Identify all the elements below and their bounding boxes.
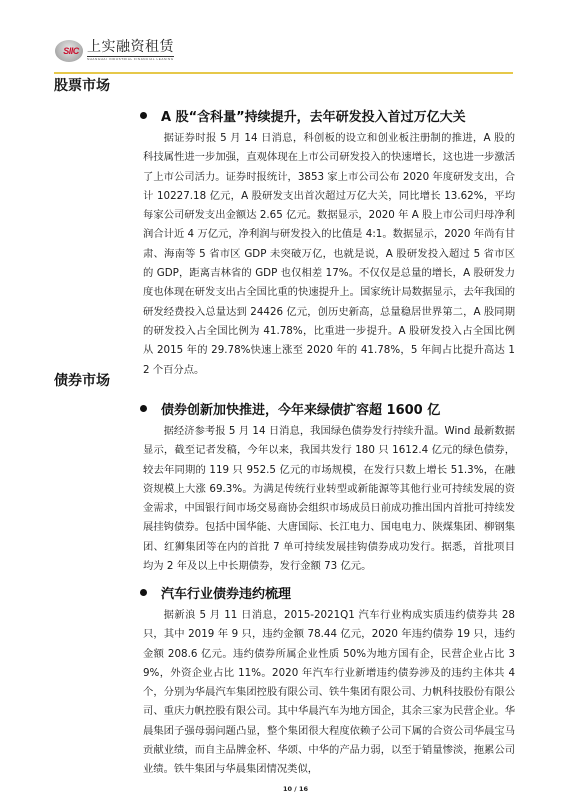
bullet-icon [140, 589, 147, 596]
section-title-bond-market: 债券市场 [54, 370, 110, 390]
article-headline: 债券创新加快推进，今年来绿债扩容超 1600 亿 [140, 399, 440, 418]
article-headline: 汽车行业债券违约梳理 [140, 583, 291, 602]
company-name-en: SHANGHAI INDUSTRIAL FINANCIAL LEASING [87, 57, 174, 62]
article-headline: A 股“含科量”持续提升，去年研发投入首过万亿大关 [140, 106, 466, 125]
section-title-stock-market: 股票市场 [54, 75, 110, 95]
article-body: 据证券时报 5 月 14 日消息，科创板的设立和创业板注册制的推进，A 股的科技… [143, 129, 515, 380]
company-logo: SIIC 上实融资租赁 SHANGHAI INDUSTRIAL FINANCIA… [55, 38, 174, 64]
page-number: 10 / 16 [0, 785, 565, 793]
article-body: 据经济参考报 5 月 14 日消息，我国绿色债券发行持续升温。Wind 最新数据… [143, 422, 515, 576]
header-rule [54, 72, 232, 74]
logo-mark-text: SIIC [63, 46, 79, 56]
headline-text: 汽车行业债券违约梳理 [161, 583, 291, 602]
siic-logo-icon: SIIC [55, 40, 83, 62]
header-rule-right [232, 72, 513, 74]
company-name-cn: 上实融资租赁 [87, 40, 174, 57]
headline-text: 债券创新加快推进，今年来绿债扩容超 1600 亿 [161, 399, 440, 418]
headline-text: A 股“含科量”持续提升，去年研发投入首过万亿大关 [161, 106, 466, 125]
bullet-icon [140, 405, 147, 412]
bullet-icon [140, 112, 147, 119]
article-body: 据新浪 5 月 11 日消息，2015-2021Q1 汽车行业构成实质违约债券共… [143, 606, 515, 780]
